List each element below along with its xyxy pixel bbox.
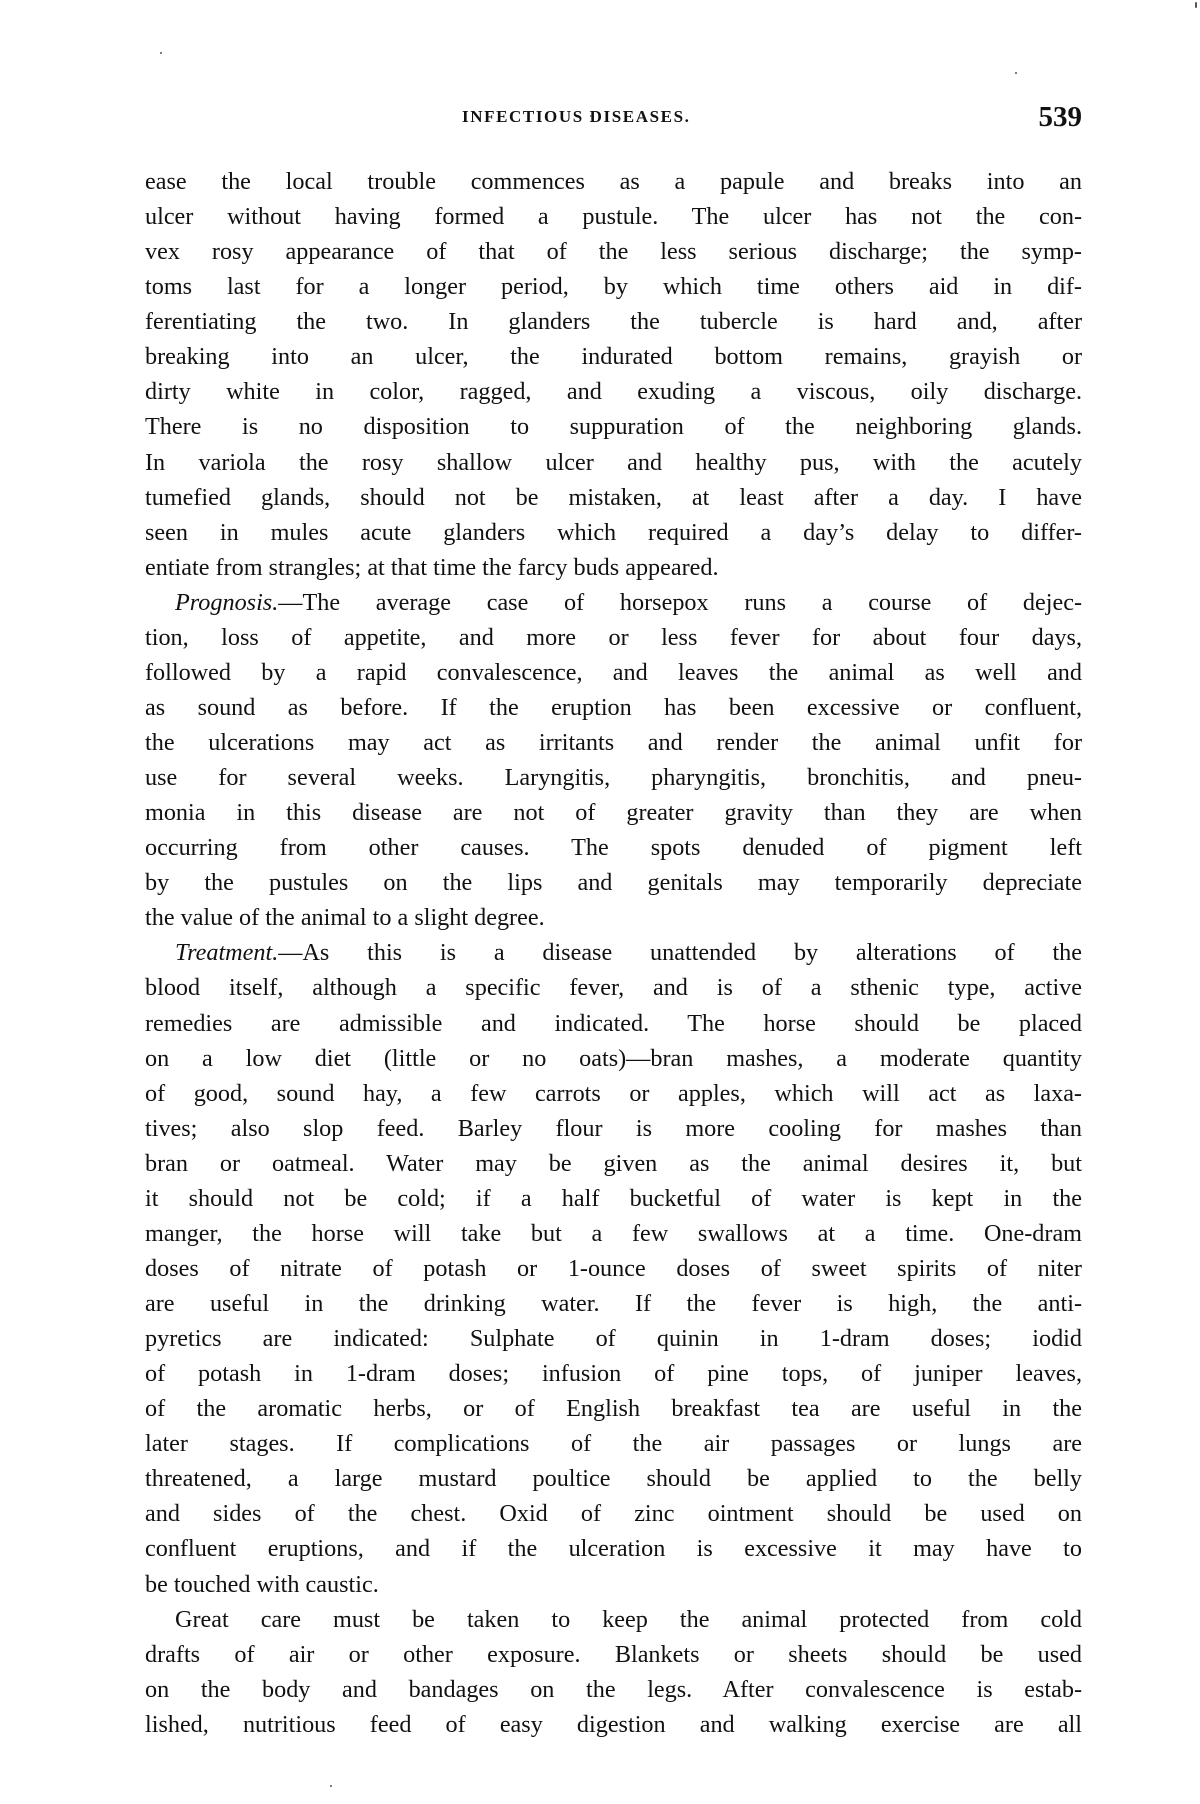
text-line: vex rosy appearance of that of the less … (145, 234, 1082, 269)
text-line: monia in this disease are not of greater… (145, 795, 1082, 830)
text-line: Great care must be taken to keep the ani… (145, 1602, 1082, 1637)
text-line: on the body and bandages on the legs. Af… (145, 1672, 1082, 1707)
paragraph-care: Great care must be taken to keep the ani… (145, 1602, 1082, 1742)
text-line: of good, sound hay, a few carrots or app… (145, 1076, 1082, 1111)
text-line: be touched with caustic. (145, 1567, 1082, 1602)
text-line: ease the local trouble commences as a pa… (145, 164, 1082, 199)
text-line-rest: —As this is a disease unattended by alte… (278, 939, 1082, 966)
paragraph-differential-diagnosis: ease the local trouble commences as a pa… (145, 164, 1082, 585)
text-line: dirty white in color, ragged, and exudin… (145, 374, 1082, 409)
section-heading-treatment: Treatment. (175, 939, 278, 966)
text-line: followed by a rapid convalescence, and l… (145, 655, 1082, 690)
scan-speck (590, 115, 592, 117)
page-number: 539 (1039, 100, 1083, 134)
text-line: threatened, a large mustard poultice sho… (145, 1461, 1082, 1496)
text-line: the value of the animal to a slight degr… (145, 900, 1082, 935)
text-line: of the aromatic herbs, or of English bre… (145, 1391, 1082, 1426)
text-line-first: Prognosis.—The average case of horsepox … (145, 585, 1082, 620)
text-line: by the pustules on the lips and genitals… (145, 865, 1082, 900)
text-line: of potash in 1-dram doses; infusion of p… (145, 1356, 1082, 1391)
text-line: and sides of the chest. Oxid of zinc oin… (145, 1496, 1082, 1531)
text-line: drafts of air or other exposure. Blanket… (145, 1637, 1082, 1672)
text-line: toms last for a longer period, by which … (145, 269, 1082, 304)
section-heading-prognosis: Prognosis. (175, 589, 278, 616)
text-line: pyretics are indicated: Sulphate of quin… (145, 1321, 1082, 1356)
text-line: tion, loss of appetite, and more or less… (145, 620, 1082, 655)
text-line: are useful in the drinking water. If the… (145, 1286, 1082, 1321)
text-line: occurring from other causes. The spots d… (145, 830, 1082, 865)
text-line: There is no disposition to suppuration o… (145, 409, 1082, 444)
text-line: manger, the horse will take but a few sw… (145, 1216, 1082, 1251)
text-line: use for several weeks. Laryngitis, phary… (145, 760, 1082, 795)
text-line: later stages. If complications of the ai… (145, 1426, 1082, 1461)
text-line: remedies are admissible and indicated. T… (145, 1006, 1082, 1041)
text-line: as sound as before. If the eruption has … (145, 690, 1082, 725)
book-page: Infectious Diseases. 539 ease the local … (0, 0, 1200, 1804)
text-line-first: Treatment.—As this is a disease unattend… (145, 935, 1082, 970)
text-line: on a low diet (little or no oats)—bran m… (145, 1041, 1082, 1076)
scan-speck (330, 1785, 332, 1787)
text-line-rest: —The average case of horsepox runs a cou… (278, 589, 1082, 616)
text-line: ulcer without having formed a pustule. T… (145, 199, 1082, 234)
scan-speck (1015, 72, 1017, 74)
text-line: confluent eruptions, and if the ulcerati… (145, 1531, 1082, 1566)
text-line: In variola the rosy shallow ulcer and he… (145, 445, 1082, 480)
text-line: tives; also slop feed. Barley flour is m… (145, 1111, 1082, 1146)
text-line: entiate from strangles; at that time the… (145, 550, 1082, 585)
text-line: doses of nitrate of potash or 1-ounce do… (145, 1251, 1082, 1286)
scan-speck (160, 52, 162, 54)
text-line: the ulcerations may act as irritants and… (145, 725, 1082, 760)
scan-speck (1195, 2, 1197, 8)
body-text: ease the local trouble commences as a pa… (145, 164, 1082, 1742)
running-title: Infectious Diseases. (462, 107, 691, 127)
running-head: Infectious Diseases. 539 (145, 100, 1082, 134)
paragraph-treatment: Treatment.—As this is a disease unattend… (145, 935, 1082, 1601)
text-line: it should not be cold; if a half bucketf… (145, 1181, 1082, 1216)
text-line: bran or oatmeal. Water may be given as t… (145, 1146, 1082, 1181)
text-line: tumefied glands, should not be mistaken,… (145, 480, 1082, 515)
text-line: breaking into an ulcer, the indurated bo… (145, 339, 1082, 374)
paragraph-prognosis: Prognosis.—The average case of horsepox … (145, 585, 1082, 936)
text-line: blood itself, although a specific fever,… (145, 970, 1082, 1005)
text-line: seen in mules acute glanders which requi… (145, 515, 1082, 550)
text-line: ferentiating the two. In glanders the tu… (145, 304, 1082, 339)
text-line: lished, nutritious feed of easy digestio… (145, 1707, 1082, 1742)
